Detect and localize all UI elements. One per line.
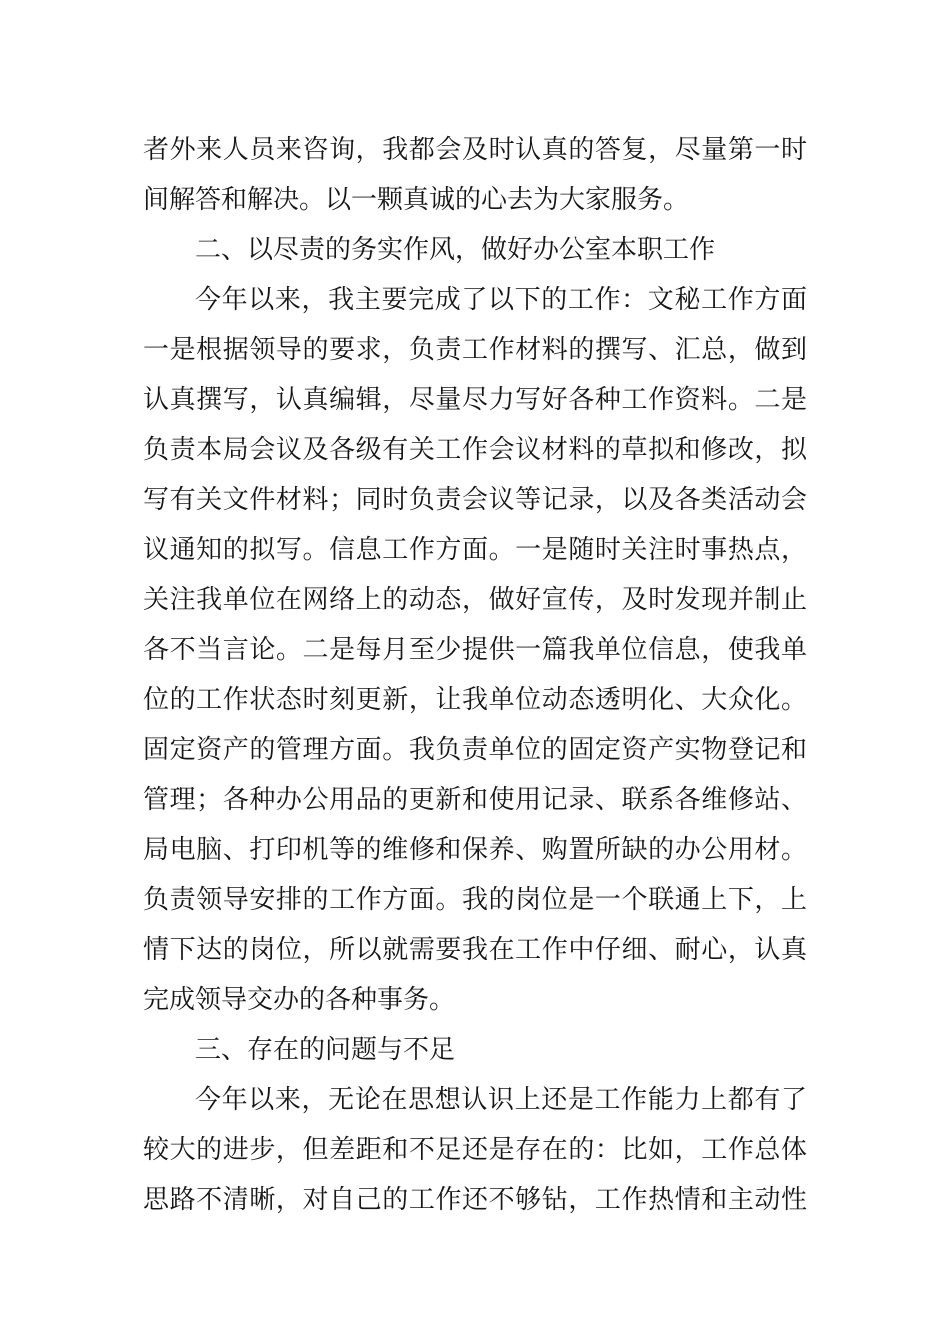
document-page: 者外来人员来咨询，我都会及时认真的答复，尽量第一时间解答和解决。以一颗真诚的心去… — [0, 0, 950, 1344]
text-line: 完成领导交办的各种事务。 — [143, 975, 807, 1025]
text-line: 各不当言论。二是每月至少提供一篇我单位信息，使我单 — [143, 625, 807, 675]
text-line: 二、以尽责的务实作风，做好办公室本职工作 — [143, 225, 807, 275]
text-line: 一是根据领导的要求，负责工作材料的撰写、汇总，做到 — [143, 325, 807, 375]
document-text-block: 者外来人员来咨询，我都会及时认真的答复，尽量第一时间解答和解决。以一颗真诚的心去… — [143, 125, 807, 1225]
text-line: 管理；各种办公用品的更新和使用记录、联系各维修站、 — [143, 775, 807, 825]
text-line: 情下达的岗位，所以就需要我在工作中仔细、耐心，认真 — [143, 925, 807, 975]
text-line: 间解答和解决。以一颗真诚的心去为大家服务。 — [143, 175, 807, 225]
text-line: 关注我单位在网络上的动态，做好宣传，及时发现并制止 — [143, 575, 807, 625]
text-line: 思路不清晰，对自己的工作还不够钻，工作热情和主动性 — [143, 1175, 807, 1225]
text-line: 写有关文件材料；同时负责会议等记录，以及各类活动会 — [143, 475, 807, 525]
text-line: 固定资产的管理方面。我负责单位的固定资产实物登记和 — [143, 725, 807, 775]
text-line: 位的工作状态时刻更新，让我单位动态透明化、大众化。 — [143, 675, 807, 725]
text-line: 负责本局会议及各级有关工作会议材料的草拟和修改，拟 — [143, 425, 807, 475]
text-line: 负责领导安排的工作方面。我的岗位是一个联通上下，上 — [143, 875, 807, 925]
text-line: 局电脑、打印机等的维修和保养、购置所缺的办公用材。 — [143, 825, 807, 875]
text-line: 较大的进步，但差距和不足还是存在的：比如，工作总体 — [143, 1125, 807, 1175]
text-line: 三、存在的问题与不足 — [143, 1025, 807, 1075]
text-line: 认真撰写，认真编辑，尽量尽力写好各种工作资料。二是 — [143, 375, 807, 425]
text-line: 今年以来，无论在思想认识上还是工作能力上都有了 — [143, 1075, 807, 1125]
text-line: 今年以来，我主要完成了以下的工作：文秘工作方面 — [143, 275, 807, 325]
text-line: 者外来人员来咨询，我都会及时认真的答复，尽量第一时 — [143, 125, 807, 175]
text-line: 议通知的拟写。信息工作方面。一是随时关注时事热点， — [143, 525, 807, 575]
